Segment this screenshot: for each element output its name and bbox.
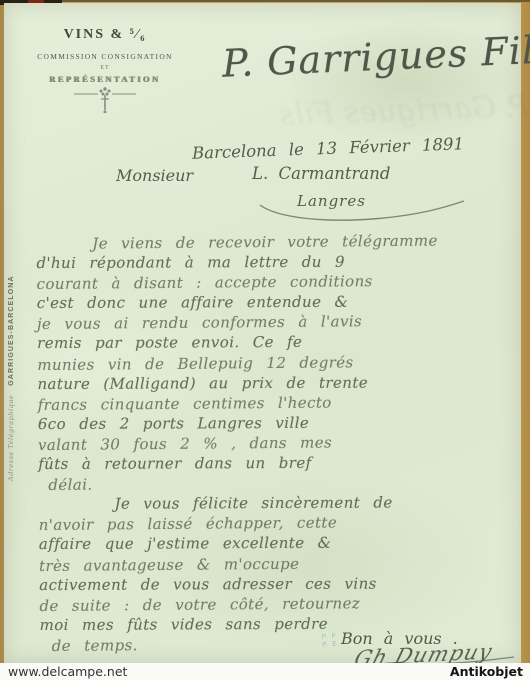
letterhead-representation-line: REPRÉSENTATION <box>26 74 184 84</box>
photo-top-edge <box>0 0 530 2</box>
showthrough-ghost: P. Garrigues Fils <box>188 89 529 136</box>
handwritten-line: très avantageuse & m'occupe <box>39 551 509 575</box>
handwritten-line: de suite : de votre côté, retournez <box>39 592 509 616</box>
addressee-name: L. Carmantrand <box>252 164 390 183</box>
watermark-strip: www.delcampe.net Antikobjet <box>0 663 530 680</box>
addressee-salutation: Monsieur <box>116 166 193 185</box>
letter-paper: VINS & ⁵⁄₆ COMMISSION CONSIGNATION ET RE… <box>4 3 521 663</box>
faint-blue-stamp: P. F. P. E. <box>321 632 340 649</box>
letterhead-et-line: ET <box>26 65 184 71</box>
handwritten-line: munies vin de Bellepuig 12 degrés <box>37 351 507 375</box>
telegraph-address-value: GARRIGUES-BARCELONA <box>8 275 15 385</box>
stamp-line: P. E. <box>322 640 341 649</box>
dateline: Barcelona le 13 Février 1891 <box>192 134 464 162</box>
antikobjet-watermark: Antikobjet <box>450 664 523 679</box>
letter-scan: VINS & ⁵⁄₆ COMMISSION CONSIGNATION ET RE… <box>0 0 530 680</box>
telegraph-address-label: Adresse Télégraphique <box>7 395 15 481</box>
dagger-flourish-icon <box>26 85 184 117</box>
handwritten-line: francs cinquante centimes l'hecto <box>38 391 508 415</box>
underline-flourish-icon <box>254 199 469 233</box>
letterhead-block: VINS & ⁵⁄₆ COMMISSION CONSIGNATION ET RE… <box>26 27 184 117</box>
letterhead-commission-line: COMMISSION CONSIGNATION <box>26 52 184 61</box>
telegraph-address-sidebar: Adresse Télégraphique GARRIGUES-BARCELON… <box>7 226 15 481</box>
letter-body: Je viens de recevoir votre télégrammed'h… <box>36 230 510 656</box>
company-script-title: P. Garrigues Fils <box>221 28 530 85</box>
delcampe-watermark: www.delcampe.net <box>8 664 127 679</box>
letterhead-vins-title: VINS & ⁵⁄₆ <box>26 27 184 43</box>
